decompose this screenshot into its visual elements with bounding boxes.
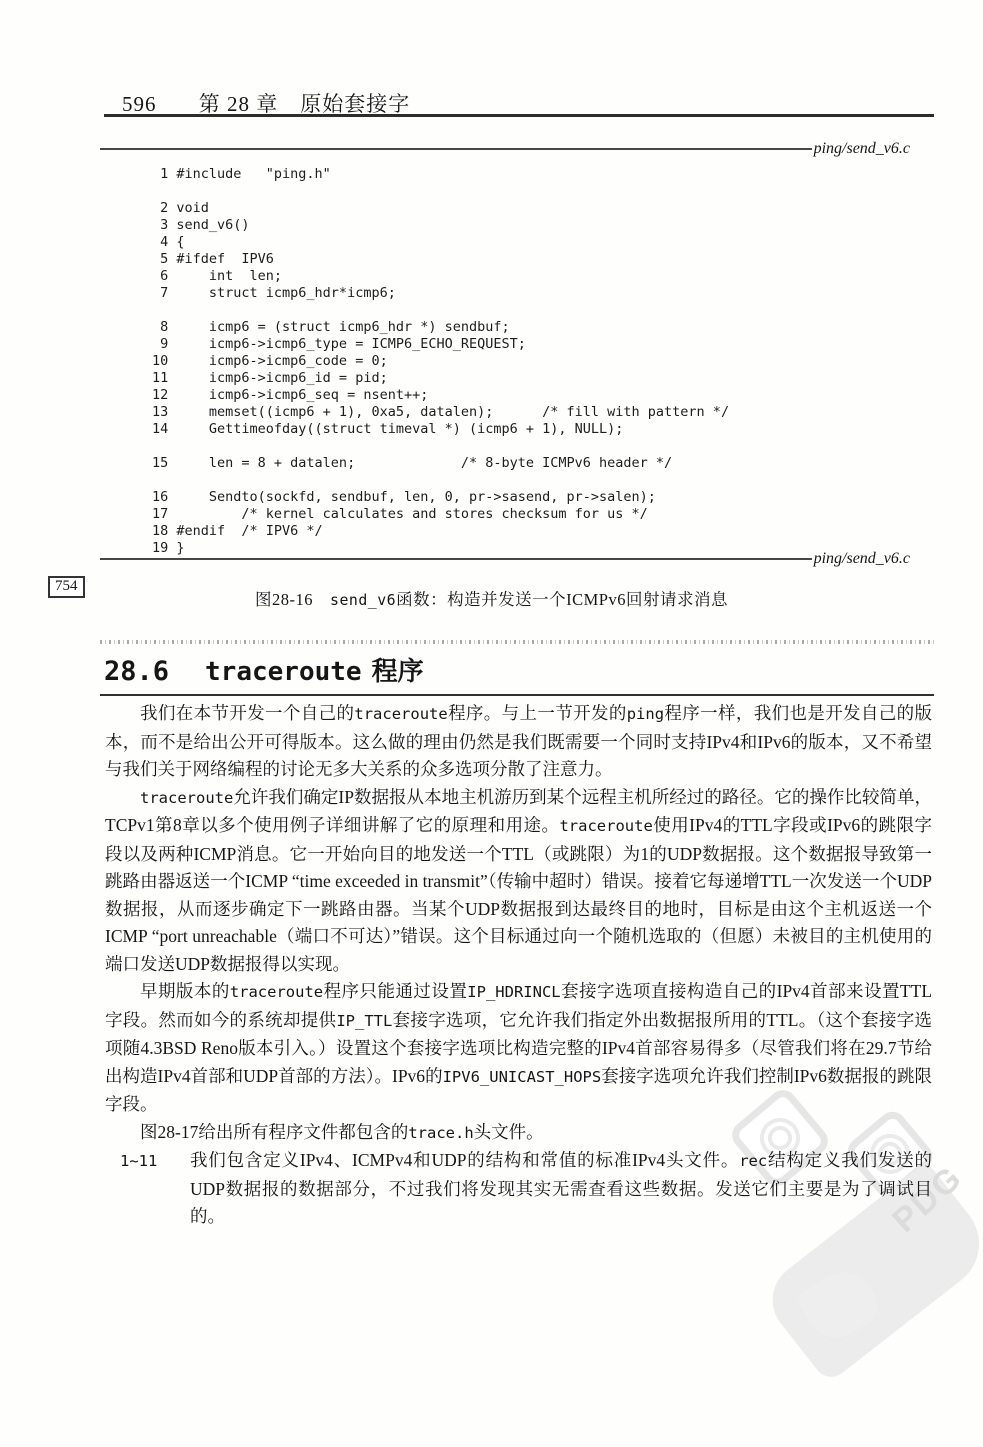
source-file-label: ping/send_v6.c bbox=[812, 550, 910, 568]
code-line: 11 icmp6->icmp6_id = pid; bbox=[152, 370, 729, 387]
inline-code: send_v6 bbox=[330, 591, 396, 609]
code-line: 17 /* kernel calculates and stores check… bbox=[152, 506, 729, 523]
rule-line bbox=[100, 558, 812, 560]
figure-caption: 图28-16 send_v6函数：构造并发送一个ICMPv6回射请求消息 bbox=[0, 586, 983, 610]
listing-bottom-rule: ping/send_v6.c bbox=[100, 550, 910, 568]
text-run: 头文件。 bbox=[474, 1122, 544, 1142]
code-line: 2 void bbox=[152, 200, 729, 217]
code-line bbox=[152, 183, 729, 200]
inline-code: IP_TTL bbox=[336, 1012, 392, 1030]
code-line: 8 icmp6 = (struct icmp6_hdr *) sendbuf; bbox=[152, 319, 729, 336]
section-title: 28.6 traceroute 程序 bbox=[104, 651, 934, 688]
code-line: 12 icmp6->icmp6_seq = nsent++; bbox=[152, 387, 729, 404]
code-line: 9 icmp6->icmp6_type = ICMP6_ECHO_REQUEST… bbox=[152, 336, 729, 353]
paragraph: 图28-17给出所有程序文件都包含的trace.h头文件。 bbox=[105, 1119, 932, 1148]
code-line: 3 send_v6() bbox=[152, 217, 729, 234]
code-line bbox=[152, 472, 729, 489]
dotted-rule bbox=[100, 640, 934, 644]
header-rule bbox=[104, 114, 934, 117]
section-title-code: traceroute bbox=[205, 657, 362, 687]
code-line bbox=[152, 438, 729, 455]
section-heading-block: 28.6 traceroute 程序 bbox=[100, 640, 934, 696]
code-line: 15 len = 8 + datalen; /* 8-byte ICMPv6 h… bbox=[152, 455, 729, 472]
chapter-title: 第 28 章 原始套接字 bbox=[199, 92, 411, 116]
source-file-label: ping/send_v6.c bbox=[812, 140, 910, 158]
annotated-paragraph: 1~11我们包含定义IPv4、ICMPv4和UDP的结构和常值的标准IPv4头文… bbox=[190, 1147, 932, 1231]
rule-line bbox=[100, 148, 812, 150]
section-title-suffix: 程序 bbox=[372, 651, 424, 688]
text-run: 函数：构造并发送一个ICMPv6回射请求消息 bbox=[396, 590, 728, 609]
code-line: 6 int len; bbox=[152, 268, 729, 285]
text-run: 使用IPv4的TTL字段或IPv6的跳限字段以及两种ICMP消息。它一开始向目的… bbox=[105, 815, 932, 974]
inline-code: traceroute bbox=[559, 817, 652, 835]
paragraph: 早期版本的traceroute程序只能通过设置IP_HDRINCL套接字选项直接… bbox=[105, 978, 932, 1119]
code-line: 7 struct icmp6_hdr*icmp6; bbox=[152, 285, 729, 302]
inline-code: traceroute bbox=[140, 789, 233, 807]
code-listing: 1 #include "ping.h" 2 void 3 send_v6() 4… bbox=[152, 166, 729, 557]
code-line: 14 Gettimeofday((struct timeval *) (icmp… bbox=[152, 421, 729, 438]
text-run: 我们包含定义IPv4、ICMPv4和UDP的结构和常值的标准IPv4头文件。 bbox=[190, 1150, 739, 1170]
listing-top-rule: ping/send_v6.c bbox=[100, 140, 910, 158]
body-text: 我们在本节开发一个自己的traceroute程序。与上一节开发的ping程序一样… bbox=[105, 700, 932, 1231]
book-page: 596 第 28 章 原始套接字 ping/send_v6.c 1 #inclu… bbox=[0, 0, 983, 1447]
inline-code: IP_HDRINCL bbox=[467, 983, 560, 1001]
inline-code: traceroute bbox=[354, 705, 447, 723]
inline-code: traceroute bbox=[230, 983, 323, 1001]
code-line: 10 icmp6->icmp6_code = 0; bbox=[152, 353, 729, 370]
inline-code: trace.h bbox=[408, 1124, 473, 1142]
watermark-blob bbox=[795, 1262, 886, 1349]
code-line: 18 #endif /* IPV6 */ bbox=[152, 523, 729, 540]
text-run: 图28-17给出所有程序文件都包含的 bbox=[140, 1122, 408, 1142]
inline-code: rec bbox=[739, 1152, 767, 1170]
text-run: 早期版本的 bbox=[140, 981, 230, 1001]
code-line: 16 Sendto(sockfd, sendbuf, len, 0, pr->s… bbox=[152, 489, 729, 506]
code-line: 5 #ifdef IPV6 bbox=[152, 251, 729, 268]
code-line bbox=[152, 302, 729, 319]
inline-code: IPV6_UNICAST_HOPS bbox=[443, 1068, 602, 1086]
text-run: 图28-16 bbox=[255, 590, 330, 609]
inline-code: ping bbox=[627, 705, 664, 723]
code-line: 4 { bbox=[152, 234, 729, 251]
paragraph: traceroute允许我们确定IP数据报从本地主机游历到某个远程主机所经过的路… bbox=[105, 784, 932, 979]
source-line-range-marker: 1~11 bbox=[120, 1148, 157, 1176]
text-run: 程序。与上一节开发的 bbox=[448, 703, 627, 723]
page-number: 596 bbox=[122, 92, 157, 116]
paragraph: 我们在本节开发一个自己的traceroute程序。与上一节开发的ping程序一样… bbox=[105, 700, 932, 784]
text-run: 我们在本节开发一个自己的 bbox=[140, 703, 354, 723]
code-line: 1 #include "ping.h" bbox=[152, 166, 729, 183]
code-line: 13 memset((icmp6 + 1), 0xa5, datalen); /… bbox=[152, 404, 729, 421]
solid-rule bbox=[100, 694, 934, 696]
section-number: 28.6 bbox=[104, 656, 169, 687]
text-run: 程序只能通过设置 bbox=[323, 981, 467, 1001]
